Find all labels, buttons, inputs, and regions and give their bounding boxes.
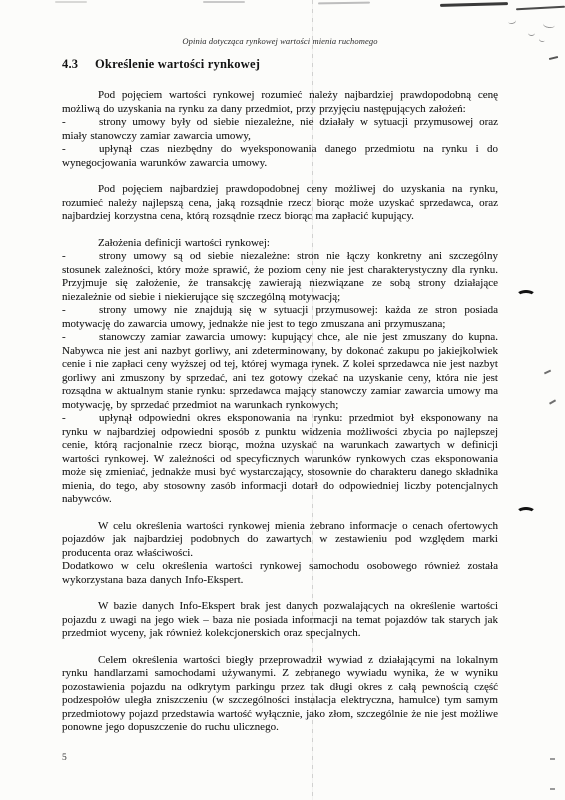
pencil-mark	[543, 20, 556, 29]
bullet-paragraph: -strony umowy były od siebie niezależne,…	[62, 116, 498, 143]
paragraphs: Pod pojęciem wartości rynkowej rozumieć …	[62, 89, 498, 735]
ink-tick-mark	[549, 399, 556, 404]
bullet-dash: -	[62, 412, 99, 426]
bullet-dash: -	[62, 143, 99, 157]
bullet-dash: -	[62, 304, 99, 318]
page-content: 4.3Określenie wartości rynkowej Pod poję…	[62, 57, 498, 735]
paragraph: Dodatkowo w celu określenia wartości ryn…	[62, 560, 498, 587]
bullet-text: upłynął czas niezbędny do wyeksponowania…	[62, 143, 498, 169]
section-title: Określenie wartości rynkowej	[95, 57, 260, 71]
paragraph: Pod pojęciem wartości rynkowej rozumieć …	[62, 89, 498, 116]
bullet-text: strony umowy są od siebie niezależne: st…	[62, 250, 498, 303]
section-heading: 4.3Określenie wartości rynkowej	[62, 57, 498, 72]
bullet-dash: -	[62, 250, 99, 264]
bullet-text: upłynął odpowiedni okres eksponowania na…	[62, 412, 498, 505]
bullet-paragraph: -strony umowy nie znajdują się w sytuacj…	[62, 304, 498, 331]
bullet-paragraph: -upłynął czas niezbędny do wyeksponowani…	[62, 143, 498, 170]
ink-tick-mark	[549, 56, 558, 60]
paragraph: Założenia definicji wartości rynkowej:	[62, 237, 498, 251]
paragraph: W celu określenia wartości rynkowej mien…	[62, 520, 498, 561]
paragraph: Pod pojęciem najbardziej prawdopodobnej …	[62, 183, 498, 224]
crescent-ink-mark	[516, 290, 536, 302]
bullet-text: strony umowy były od siebie niezależne, …	[62, 116, 498, 142]
paragraph: Celem określenia wartości biegły przepro…	[62, 654, 498, 735]
section-number: 4.3	[62, 57, 95, 72]
document-page: Opinia dotycząca rynkowej wartości mieni…	[0, 0, 565, 800]
scan-smudge	[318, 2, 370, 5]
ink-tick-mark	[544, 370, 551, 375]
scan-smudge	[55, 1, 87, 3]
bullet-paragraph: -stanowczy zamiar zawarcia umowy: kupują…	[62, 331, 498, 412]
scan-smudge	[440, 2, 508, 6]
pencil-mark	[507, 17, 516, 25]
bullet-paragraph: -upłynął odpowiedni okres eksponowania n…	[62, 412, 498, 507]
paragraph: W bazie danych Info-Ekspert brak jest da…	[62, 600, 498, 641]
bullet-text: strony umowy nie znajdują się w sytuacji…	[62, 304, 498, 330]
crescent-ink-mark	[516, 507, 536, 519]
bullet-paragraph: -strony umowy są od siebie niezależne: s…	[62, 250, 498, 304]
page-number: 5	[62, 753, 67, 763]
ink-tick-mark	[550, 758, 555, 760]
bullet-dash: -	[62, 331, 99, 345]
bullet-text: stanowczy zamiar zawarcia umowy: kupując…	[62, 331, 498, 411]
scan-smudge	[203, 1, 245, 3]
ink-tick-mark	[550, 788, 555, 790]
bullet-dash: -	[62, 116, 99, 130]
running-header: Opinia dotycząca rynkowej wartości mieni…	[0, 36, 560, 46]
scan-smudge	[516, 6, 565, 11]
